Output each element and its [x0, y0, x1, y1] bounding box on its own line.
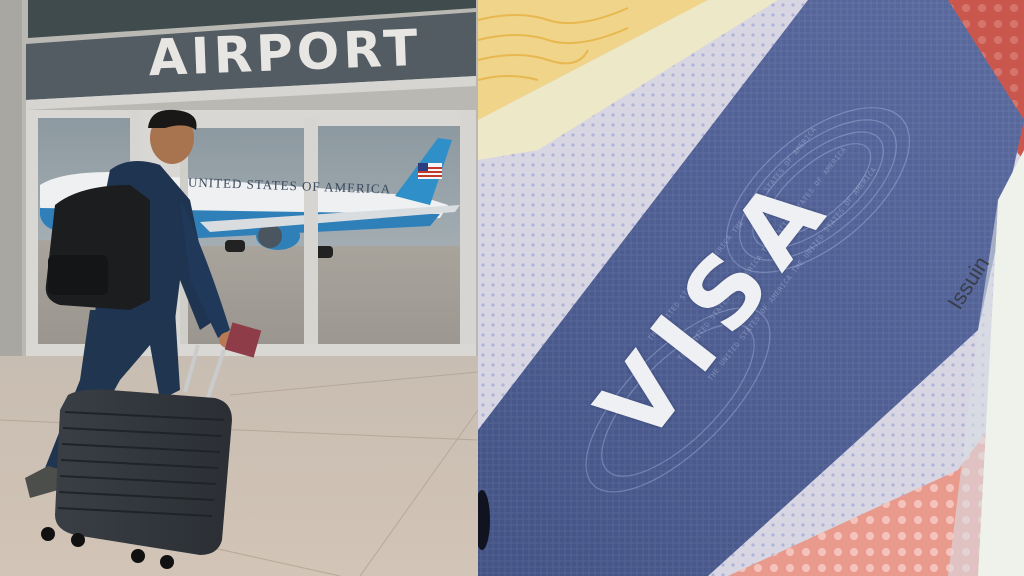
suitcase-icon	[55, 390, 232, 555]
airport-scene-photo: AIRPORT UNITED STATES OF AMERICA	[0, 0, 478, 576]
airport-sign: AIRPORT	[139, 12, 431, 93]
